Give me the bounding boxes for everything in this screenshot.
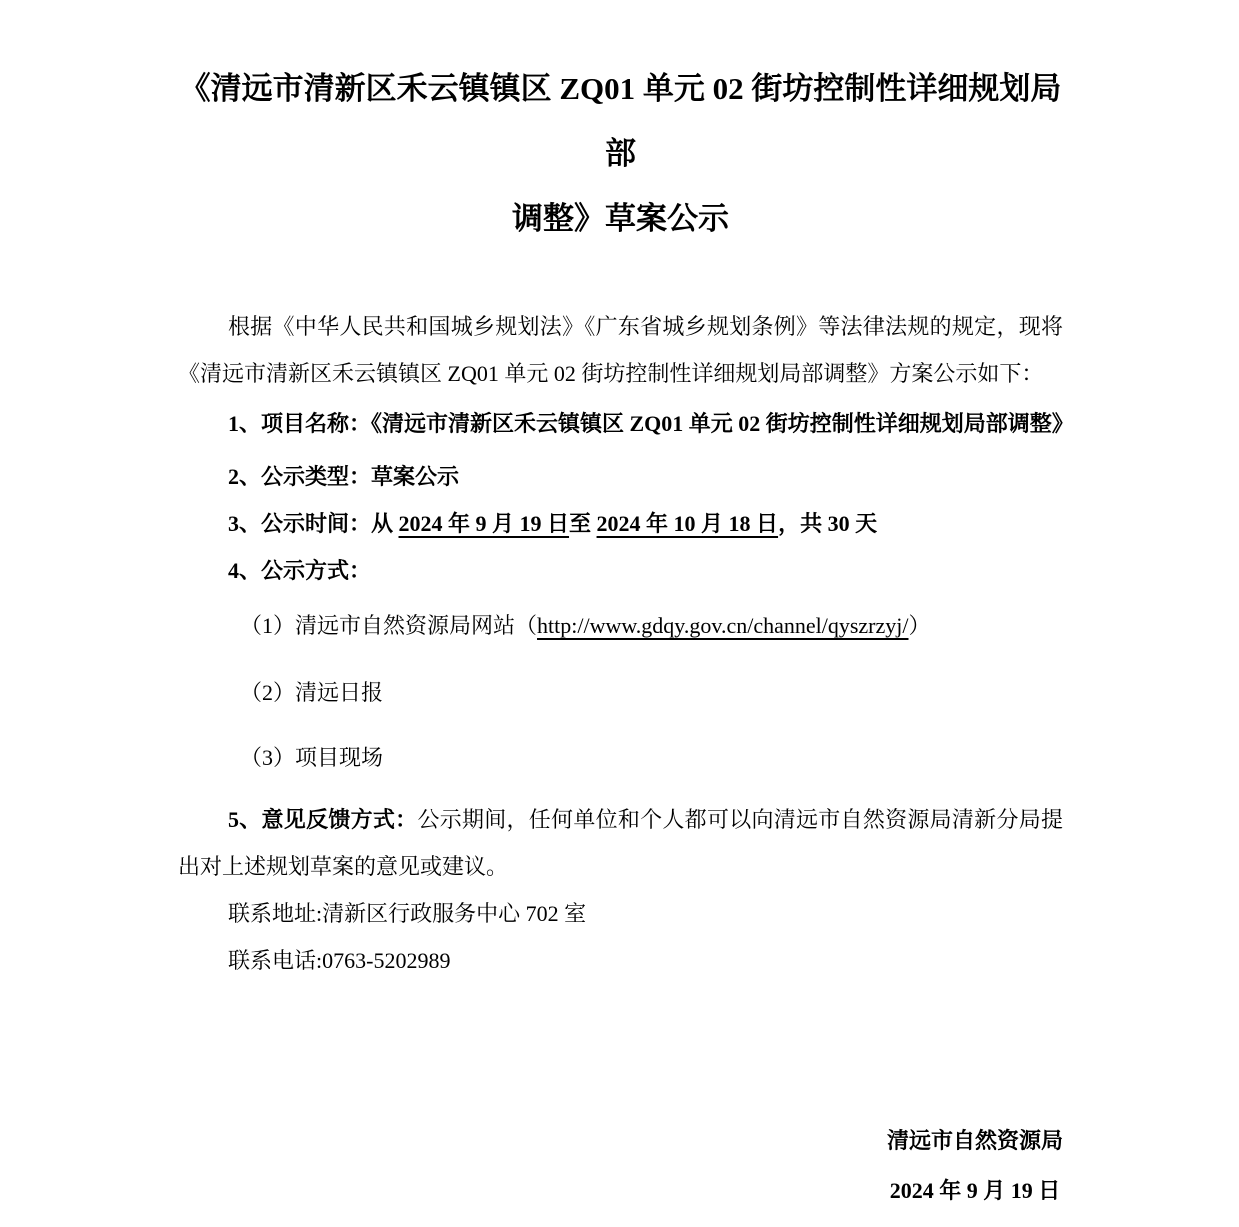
- method-project-site: （3）项目现场: [178, 734, 1063, 781]
- issue-date: 2024 年 9 月 19 日: [887, 1166, 1063, 1216]
- method-website-suffix: ）: [909, 613, 931, 638]
- document-title-line-1: 《清远市清新区禾云镇镇区 ZQ01 单元 02 街坊控制性详细规划局部: [178, 56, 1063, 186]
- notice-method-item: 4、公示方式：: [178, 547, 1063, 594]
- document-footer: 清远市自然资源局 2024 年 9 月 19 日: [178, 1116, 1063, 1216]
- method-newspaper: （2）清远日报: [178, 669, 1063, 716]
- document-title: 《清远市清新区禾云镇镇区 ZQ01 单元 02 街坊控制性详细规划局部 调整》草…: [178, 56, 1063, 251]
- contact-phone: 联系电话:0763-5202989: [178, 937, 1063, 984]
- signature-block: 清远市自然资源局 2024 年 9 月 19 日: [887, 1116, 1063, 1216]
- method-website-prefix: （1）清远市自然资源局网站（: [240, 613, 537, 638]
- feedback-label: 5、意见反馈方式：: [228, 807, 417, 832]
- notice-period-start-date: 2024 年 9 月 19 日: [399, 511, 570, 536]
- website-link[interactable]: http://www.gdqy.gov.cn/channel/qyszrzyj/: [537, 613, 908, 638]
- notice-period-mid: 至: [569, 511, 597, 536]
- notice-type-item: 2、公示类型：草案公示: [178, 453, 1063, 500]
- notice-period-item: 3、公示时间：从 2024 年 9 月 19 日至 2024 年 10 月 18…: [178, 500, 1063, 547]
- document-page: 《清远市清新区禾云镇镇区 ZQ01 单元 02 街坊控制性详细规划局部 调整》草…: [0, 0, 1239, 1227]
- notice-period-end-date: 2024 年 10 月 18 日: [597, 511, 779, 536]
- document-title-line-2: 调整》草案公示: [178, 186, 1063, 251]
- method-website: （1）清远市自然资源局网站（http://www.gdqy.gov.cn/cha…: [178, 602, 1063, 649]
- project-name-item: 1、项目名称：《清远市清新区禾云镇镇区 ZQ01 单元 02 街坊控制性详细规划…: [178, 400, 1063, 447]
- contact-address: 联系地址:清新区行政服务中心 702 室: [178, 890, 1063, 937]
- notice-period-prefix: 3、公示时间：从: [228, 511, 399, 536]
- intro-paragraph: 根据《中华人民共和国城乡规划法》《广东省城乡规划条例》等法律法规的规定，现将《清…: [178, 303, 1063, 397]
- notice-period-suffix: ，共 30 天: [778, 511, 877, 536]
- issuer-signature: 清远市自然资源局: [887, 1116, 1063, 1166]
- feedback-item: 5、意见反馈方式：公示期间，任何单位和个人都可以向清远市自然资源局清新分局提出对…: [178, 796, 1063, 890]
